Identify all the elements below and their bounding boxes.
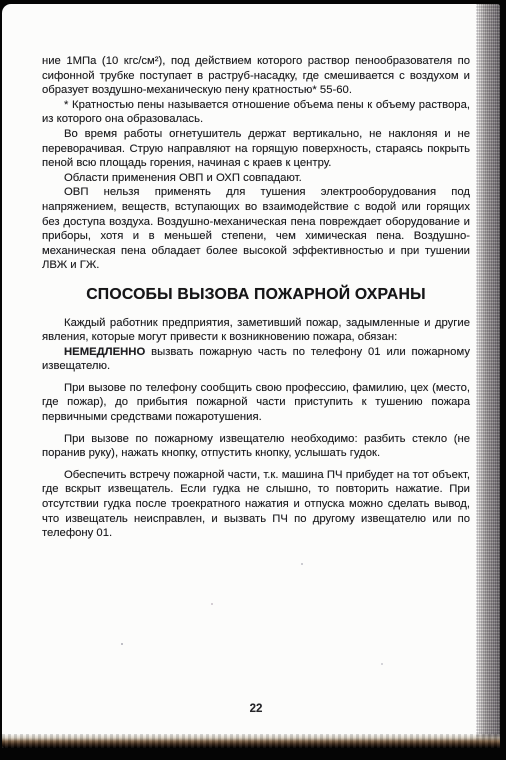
book-bottom-edge bbox=[2, 734, 500, 748]
page-number: 22 bbox=[42, 703, 470, 715]
paragraph-meet-fire-brigade: Обеспечить встречу пожарной части, т.к. … bbox=[42, 468, 470, 541]
paragraph-employee-duty: Каждый работник предприятия, заметивший … bbox=[42, 316, 470, 345]
paragraph-phone-call-procedure: При вызове по телефону сообщить свою про… bbox=[42, 381, 470, 425]
page-text-block: ние 1МПа (10 кгс/см²), под действием кот… bbox=[42, 54, 470, 541]
paragraph-extinguisher-handling: Во время работы огнетушитель держат верт… bbox=[42, 127, 470, 171]
page-edge-texture bbox=[476, 4, 500, 748]
paragraph-detector-call-procedure: При вызове по пожарному извещателю необх… bbox=[42, 432, 470, 461]
paragraph-footnote-foam-ratio: * Кратностью пены называется отношение о… bbox=[42, 98, 470, 127]
paragraph-immediately-call: НЕМЕДЛЕННО вызвать пожарную часть по тел… bbox=[42, 345, 470, 374]
paragraph-ovp-restrictions: ОВП нельзя применять для тушения электро… bbox=[42, 185, 470, 273]
book-page: ние 1МПа (10 кгс/см²), под действием кот… bbox=[2, 4, 500, 748]
section-heading: СПОСОБЫ ВЫЗОВА ПОЖАРНОЙ ОХРАНЫ bbox=[42, 288, 470, 303]
scanner-background: ние 1МПа (10 кгс/см²), под действием кот… bbox=[0, 0, 506, 760]
paragraph-foam-continuation: ние 1МПа (10 кгс/см²), под действием кот… bbox=[42, 54, 470, 98]
paragraph-application-areas: Области применения ОВП и ОХП совпадают. bbox=[42, 171, 470, 186]
immediately-bold-word: НЕМЕДЛЕННО bbox=[64, 346, 145, 358]
